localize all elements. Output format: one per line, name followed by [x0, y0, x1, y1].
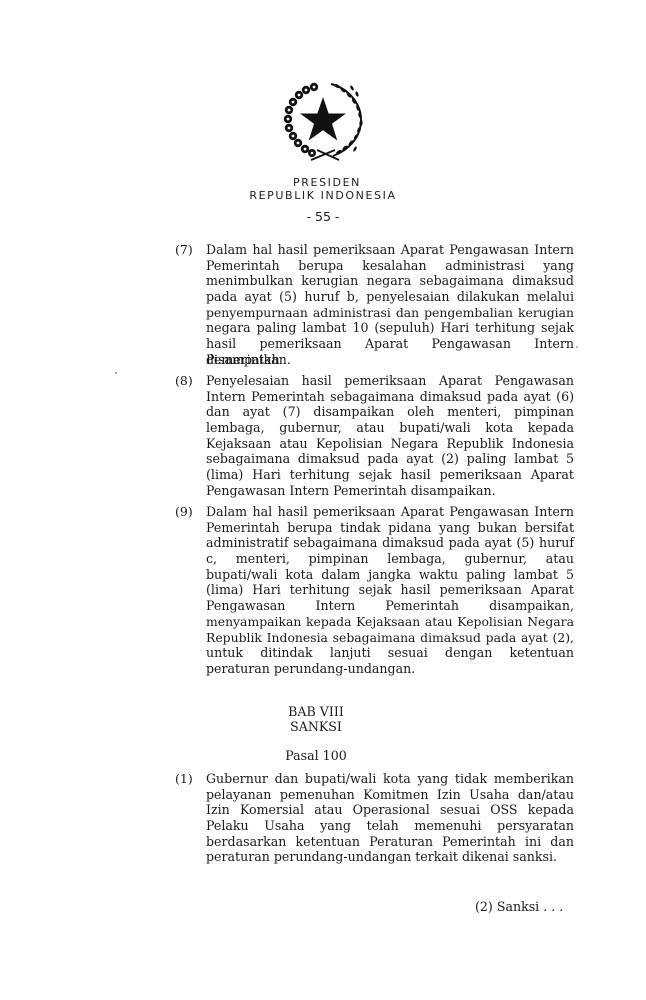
text-line: c, menteri, pimpinan lembaga, gubernur, …	[206, 551, 574, 567]
page-number: - 55 -	[0, 209, 646, 224]
text-line: untuk ditindak lanjuti sesuai dengan ket…	[206, 645, 574, 661]
continuation-catchword: (2) Sanksi . . .	[475, 899, 563, 914]
scan-speck	[576, 346, 578, 348]
garuda-star-emblem-icon	[281, 80, 365, 162]
paragraph-number: (1)	[175, 771, 193, 786]
paragraph-number: (8)	[175, 373, 193, 388]
text-line: penyempurnaan administrasi dan pengembal…	[206, 305, 574, 321]
header-president: PRESIDEN	[0, 176, 646, 189]
text-line: (lima) Hari terhitung sejak hasil pemeri…	[206, 467, 574, 483]
text-line: Kejaksaan atau Kepolisian Negara Republi…	[206, 436, 574, 452]
text-line: Intern Pemerintah sebagaimana dimaksud p…	[206, 389, 574, 405]
scan-speck	[115, 372, 117, 374]
text-line: menimbulkan kerugian negara sebagaimana …	[206, 273, 574, 289]
text-line: sebagaimana dimaksud pada ayat (2) palin…	[206, 451, 574, 467]
paragraph-number: (9)	[175, 504, 193, 519]
text-line: peraturan perundang-undangan terkait dik…	[206, 849, 574, 865]
document-page: PRESIDEN REPUBLIK INDONESIA - 55 - (7) D…	[0, 0, 646, 1000]
text-line: (lima) Hari terhitung sejak hasil pemeri…	[206, 582, 574, 598]
text-line: pada ayat (5) huruf b, penyelesaian dila…	[206, 289, 574, 305]
text-line: Pengawasan Intern Pemerintah disampaikan…	[206, 483, 574, 499]
chapter-title: BAB VIII	[206, 704, 426, 719]
text-line: peraturan perundang-undangan.	[206, 661, 574, 677]
paragraph-text: Gubernur dan bupati/wali kota yang tidak…	[206, 771, 574, 865]
text-line: Pemerintah berupa kesalahan administrasi…	[206, 258, 574, 274]
paragraph-text: Dalam hal hasil pemeriksaan Aparat Penga…	[206, 242, 574, 368]
text-line: Dalam hal hasil pemeriksaan Aparat Penga…	[206, 504, 574, 520]
text-line: dan ayat (7) disampaikan oleh menteri, p…	[206, 404, 574, 420]
paragraph-number: (7)	[175, 242, 193, 257]
text-line: Republik Indonesia sebagaimana dimaksud …	[206, 630, 574, 646]
text-line: Pemerintah berupa tindak pidana yang buk…	[206, 520, 574, 536]
text-line: administratif sebagaimana dimaksud pada …	[206, 535, 574, 551]
text-line: Gubernur dan bupati/wali kota yang tidak…	[206, 771, 574, 787]
paragraph-text: Penyelesaian hasil pemeriksaan Aparat Pe…	[206, 373, 574, 499]
text-line: berdasarkan ketentuan Peraturan Pemerint…	[206, 834, 574, 850]
text-line: Pelaku Usaha yang telah memenuhi persyar…	[206, 818, 574, 834]
text-line: lembaga, gubernur, atau bupati/wali kota…	[206, 420, 574, 436]
text-line: menyampaikan kepada Kejaksaan atau Kepol…	[206, 614, 574, 630]
text-line: negara paling lambat 10 (sepuluh) Hari t…	[206, 320, 574, 336]
text-line: Penyelesaian hasil pemeriksaan Aparat Pe…	[206, 373, 574, 389]
text-line: Pengawasan Intern Pemerintah disampaikan…	[206, 598, 574, 614]
header-republic: REPUBLIK INDONESIA	[0, 189, 646, 202]
text-line: disampaikan.	[206, 352, 574, 368]
chapter-subtitle: SANKSI	[206, 719, 426, 734]
text-line: pelayanan pemenuhan Komitmen Izin Usaha …	[206, 787, 574, 803]
article-title: Pasal 100	[206, 748, 426, 763]
text-line: bupati/wali kota dalam jangka waktu pali…	[206, 567, 574, 583]
text-line: Dalam hal hasil pemeriksaan Aparat Penga…	[206, 242, 574, 258]
text-line: Izin Komersial atau Operasional sesuai O…	[206, 802, 574, 818]
paragraph-text: Dalam hal hasil pemeriksaan Aparat Penga…	[206, 504, 574, 677]
